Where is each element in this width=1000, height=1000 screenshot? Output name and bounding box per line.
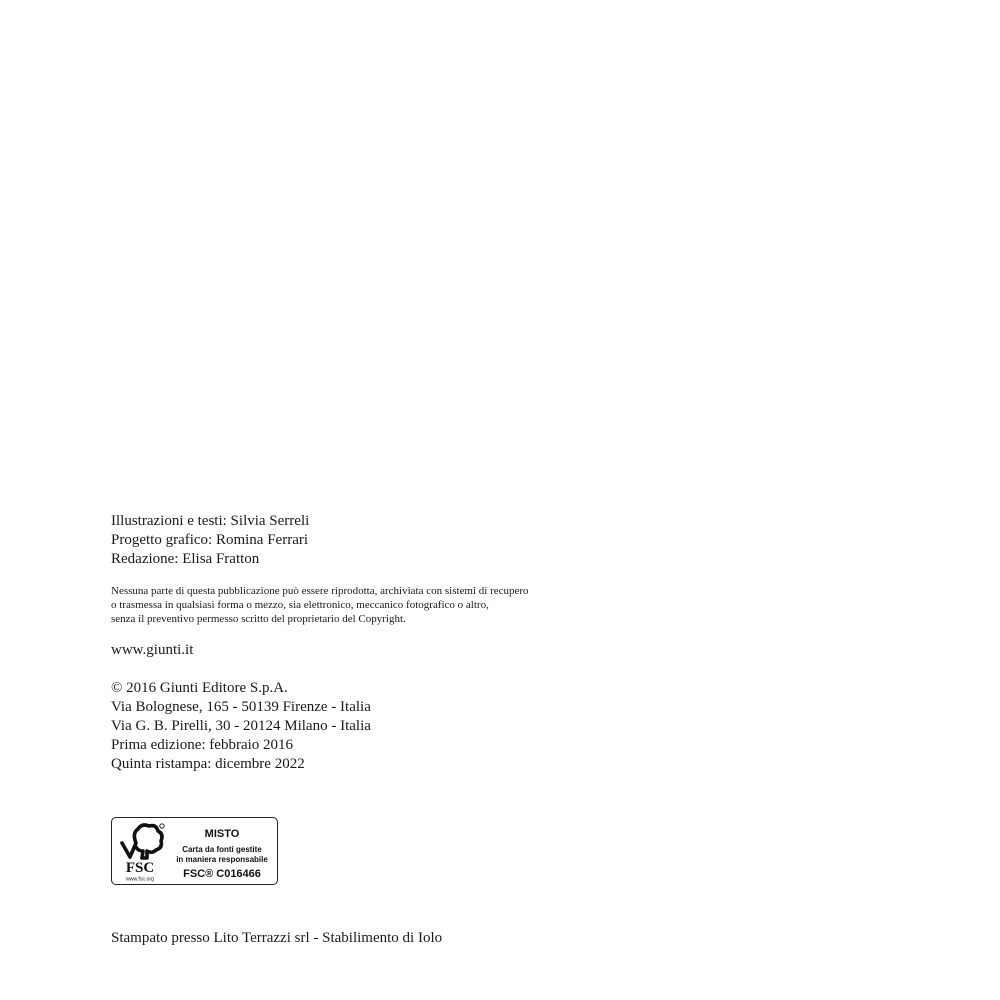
fsc-description-line: in maniera responsabile [170, 855, 274, 865]
fsc-certification-label: FSC www.fsc.org MISTO Carta da fonti ges… [111, 817, 278, 885]
fsc-title: MISTO [170, 828, 274, 840]
address-firenze: Via Bolognese, 165 - 50139 Firenze - Ita… [111, 698, 371, 717]
address-milano: Via G. B. Pirelli, 30 - 20124 Milano - I… [111, 717, 371, 736]
copyright-line: © 2016 Giunti Editore S.p.A. [111, 679, 371, 698]
credit-illustrations: Illustrazioni e testi: Silvia Serreli [111, 512, 309, 531]
copyright-notice-line: senza il preventivo permesso scritto del… [111, 612, 529, 626]
fsc-tree-checkmark-icon: FSC www.fsc.org [116, 821, 166, 883]
copyright-notice-line: o trasmessa in qualsiasi forma o mezzo, … [111, 598, 529, 612]
fsc-description-line: Carta da fonti gestite [170, 845, 274, 855]
fsc-license-code: FSC® C016466 [170, 868, 274, 880]
copyright-notice: Nessuna parte di questa pubblicazione pu… [111, 584, 529, 627]
fsc-logo: FSC www.fsc.org [116, 821, 166, 883]
svg-text:FSC: FSC [126, 860, 154, 876]
credits-block: Illustrazioni e testi: Silvia Serreli Pr… [111, 512, 309, 569]
credit-editing: Redazione: Elisa Fratton [111, 550, 309, 569]
fsc-description: Carta da fonti gestite in maniera respon… [170, 845, 274, 864]
publisher-info: © 2016 Giunti Editore S.p.A. Via Bologne… [111, 679, 371, 774]
svg-text:www.fsc.org: www.fsc.org [126, 877, 154, 883]
copyright-notice-line: Nessuna parte di questa pubblicazione pu… [111, 584, 529, 598]
credit-graphic-design: Progetto grafico: Romina Ferrari [111, 531, 309, 550]
publisher-website: www.giunti.it [111, 641, 193, 660]
first-edition: Prima edizione: febbraio 2016 [111, 736, 371, 755]
printer-info: Stampato presso Lito Terrazzi srl - Stab… [111, 929, 442, 948]
reprint: Quinta ristampa: dicembre 2022 [111, 755, 371, 774]
